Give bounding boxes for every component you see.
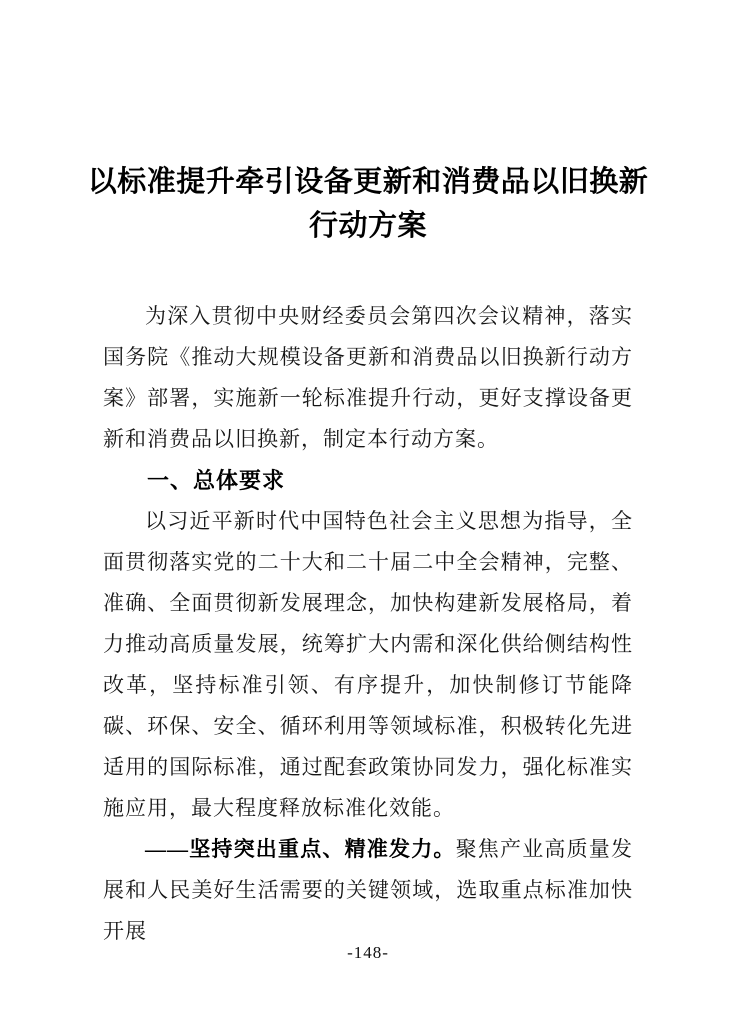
key-point-lead: ——坚持突出重点、精准发力。	[145, 837, 456, 861]
section-body-paragraph: 以习近平新时代中国特色社会主义思想为指导，全面贯彻落实党的二十大和二十届二中全会…	[103, 501, 633, 829]
document-title: 以标准提升牵引设备更新和消费品以旧换新 行动方案	[0, 0, 736, 248]
document-page: 以标准提升牵引设备更新和消费品以旧换新 行动方案 为深入贯彻中央财经委员会第四次…	[0, 0, 736, 1009]
document-body: 为深入贯彻中央财经委员会第四次会议精神，落实国务院《推动大规模设备更新和消费品以…	[103, 296, 633, 952]
document-title-line-2: 行动方案	[66, 204, 670, 248]
page-number: -148-	[0, 943, 736, 963]
intro-paragraph: 为深入贯彻中央财经委员会第四次会议精神，落实国务院《推动大规模设备更新和消费品以…	[103, 296, 633, 460]
key-point-paragraph: ——坚持突出重点、精准发力。聚焦产业高质量发展和人民美好生活需要的关键领域，选取…	[103, 829, 633, 952]
document-title-line-1: 以标准提升牵引设备更新和消费品以旧换新	[66, 160, 670, 204]
section-heading-overall-requirements: 一、总体要求	[103, 460, 633, 501]
